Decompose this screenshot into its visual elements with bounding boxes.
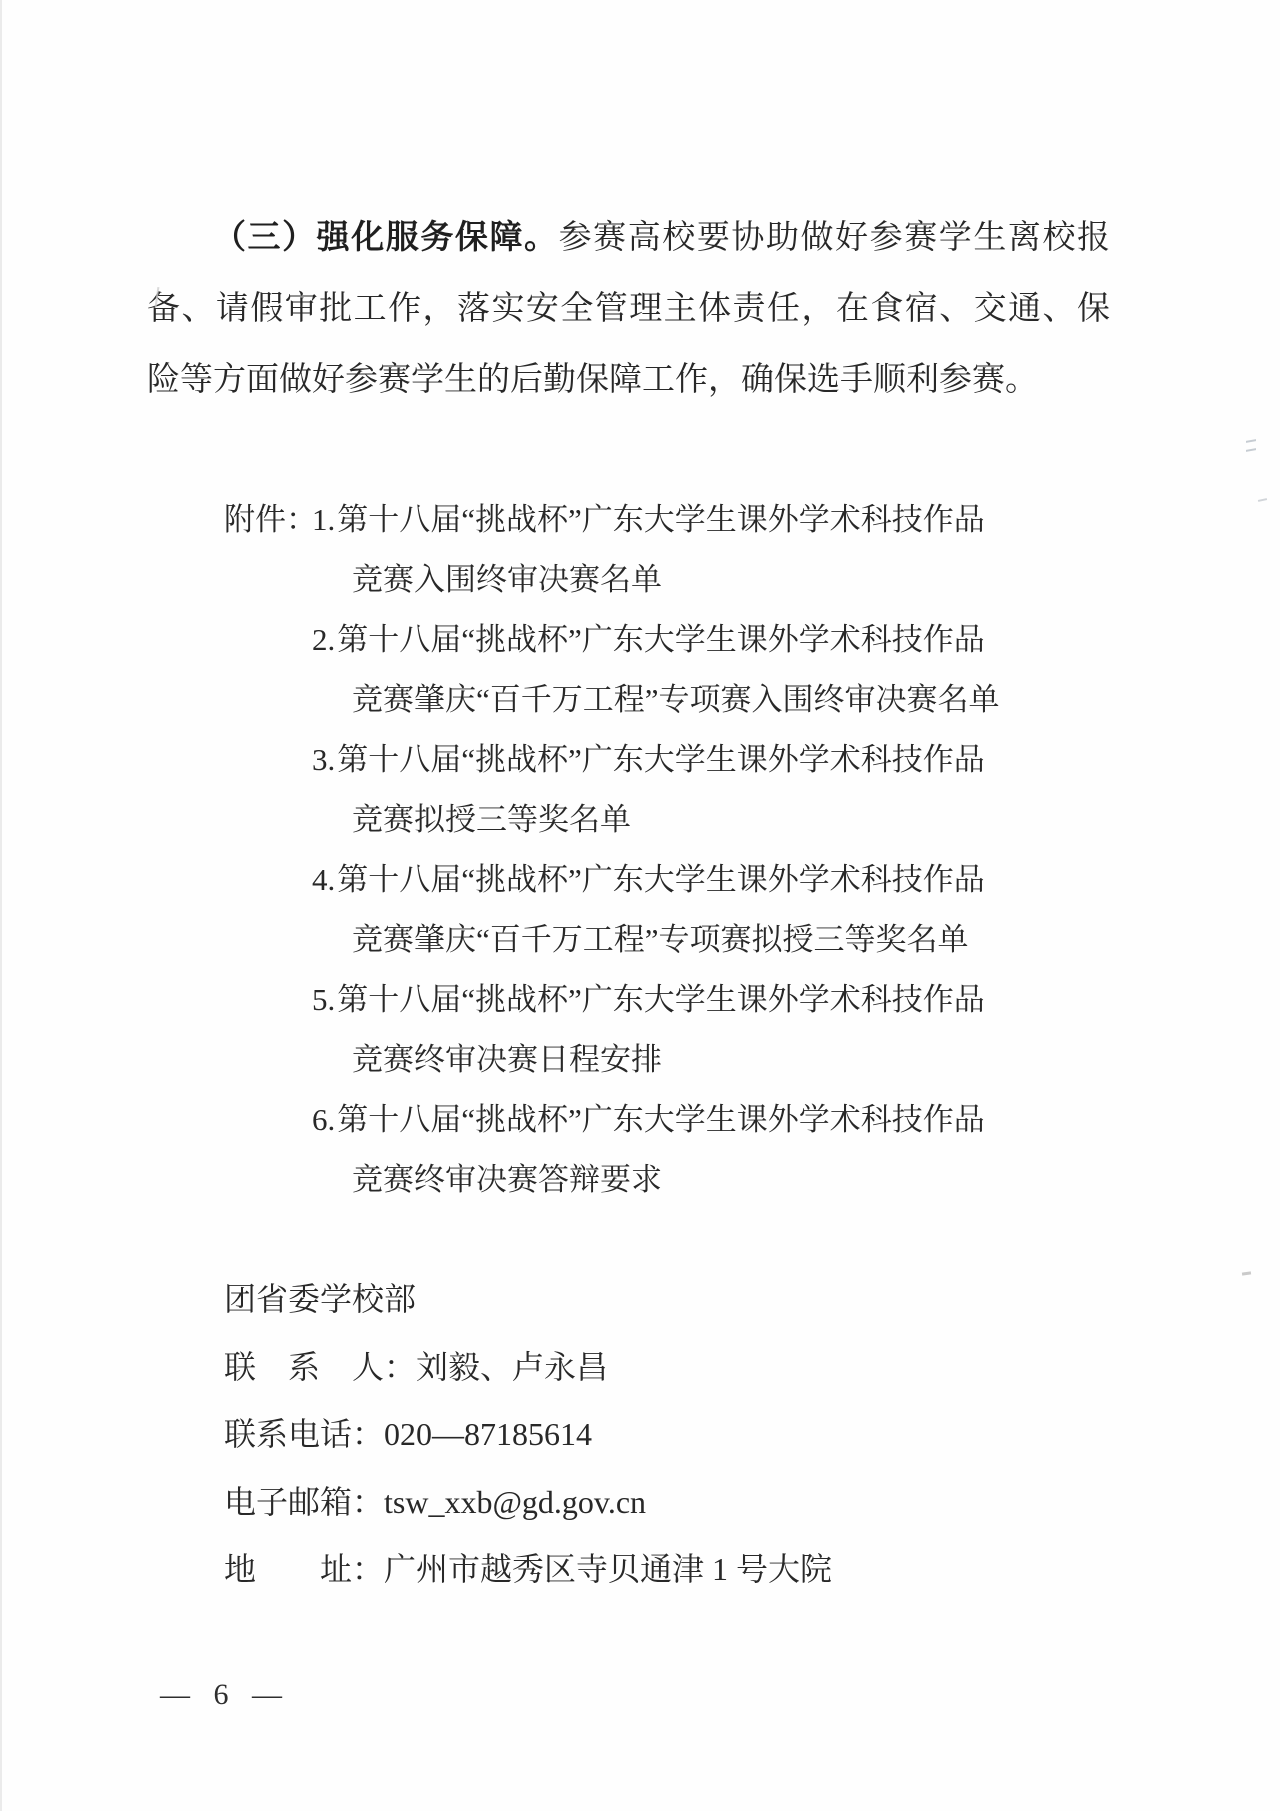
page-number: — 6 —: [160, 1678, 290, 1712]
scan-speck-artifact: [1246, 439, 1256, 452]
attachment-3-title: 第十八届“挑战杯”广东大学生课外学术科技作品: [337, 742, 985, 777]
contact-phone: 联系电话：020—87185614: [224, 1401, 832, 1469]
contact-email: 电子邮箱：tsw_xxb@gd.gov.cn: [224, 1469, 832, 1537]
contact-block: 团省委学校部 联 系 人：刘毅、卢永昌 联系电话：020—87185614 电子…: [224, 1266, 832, 1604]
attachments-label: 附件：: [224, 490, 317, 550]
attachment-2-title: 第十八届“挑战杯”广东大学生课外学术科技作品: [337, 622, 985, 657]
attachment-3-number: 3.: [312, 730, 335, 790]
attachment-5-number: 5.: [312, 970, 335, 1030]
attachment-5-line-1: 5.第十八届“挑战杯”广东大学生课外学术科技作品: [312, 970, 1052, 1030]
attachment-2-line-2: 竞赛肇庆“百千万工程”专项赛入围终审决赛名单: [352, 670, 1052, 730]
attachment-3-line-2: 竞赛拟授三等奖名单: [352, 790, 1052, 850]
paragraph-line-1-text: 参赛高校要协助做好参赛学生离校报: [559, 220, 1110, 256]
scan-speck-artifact: [1242, 1271, 1251, 1275]
contact-address: 地 址：广州市越秀区寺贝通津 1 号大院: [224, 1536, 832, 1604]
attachment-6-number: 6.: [312, 1090, 335, 1150]
attachment-4-number: 4.: [312, 850, 335, 910]
attachment-1-number: 1.: [312, 490, 335, 550]
attachment-6-title: 第十八届“挑战杯”广东大学生课外学术科技作品: [337, 1102, 985, 1137]
attachment-1-line-1: 1.第十八届“挑战杯”广东大学生课外学术科技作品: [312, 490, 1052, 550]
attachment-5-line-2: 竞赛终审决赛日程安排: [352, 1030, 1052, 1090]
attachment-item-5: 5.第十八届“挑战杯”广东大学生课外学术科技作品 竞赛终审决赛日程安排: [312, 970, 1052, 1090]
section-3-paragraph: （三）强化服务保障。参赛高校要协助做好参赛学生离校报 备、请假审批工作，落实安全…: [147, 203, 1110, 416]
section-3-heading: （三）强化服务保障。: [213, 220, 559, 256]
scan-edge-artifact: [0, 0, 2, 1811]
contact-department: 团省委学校部: [224, 1266, 832, 1334]
attachment-item-6: 6.第十八届“挑战杯”广东大学生课外学术科技作品 竞赛终审决赛答辩要求: [312, 1090, 1052, 1210]
attachment-2-number: 2.: [312, 610, 335, 670]
paragraph-line-1: （三）强化服务保障。参赛高校要协助做好参赛学生离校报: [147, 203, 1110, 274]
attachment-6-line-1: 6.第十八届“挑战杯”广东大学生课外学术科技作品: [312, 1090, 1052, 1150]
attachment-4-title: 第十八届“挑战杯”广东大学生课外学术科技作品: [337, 862, 985, 897]
contact-person: 联 系 人：刘毅、卢永昌: [224, 1334, 832, 1402]
attachment-item-3: 3.第十八届“挑战杯”广东大学生课外学术科技作品 竞赛拟授三等奖名单: [312, 730, 1052, 850]
attachment-item-2: 2.第十八届“挑战杯”广东大学生课外学术科技作品 竞赛肇庆“百千万工程”专项赛入…: [312, 610, 1052, 730]
attachments-list: 1.第十八届“挑战杯”广东大学生课外学术科技作品 竞赛入围终审决赛名单 2.第十…: [312, 490, 1052, 1210]
scan-speck-artifact: [1258, 498, 1267, 502]
attachment-item-1: 1.第十八届“挑战杯”广东大学生课外学术科技作品 竞赛入围终审决赛名单: [312, 490, 1052, 610]
attachment-3-line-1: 3.第十八届“挑战杯”广东大学生课外学术科技作品: [312, 730, 1052, 790]
attachment-4-line-1: 4.第十八届“挑战杯”广东大学生课外学术科技作品: [312, 850, 1052, 910]
attachment-1-title: 第十八届“挑战杯”广东大学生课外学术科技作品: [337, 502, 985, 537]
attachment-2-line-1: 2.第十八届“挑战杯”广东大学生课外学术科技作品: [312, 610, 1052, 670]
attachment-1-line-2: 竞赛入围终审决赛名单: [352, 550, 1052, 610]
paragraph-line-2: 备、请假审批工作，落实安全管理主体责任，在食宿、交通、保: [147, 274, 1110, 345]
attachment-5-title: 第十八届“挑战杯”广东大学生课外学术科技作品: [337, 982, 985, 1017]
paragraph-line-3: 险等方面做好参赛学生的后勤保障工作，确保选手顺利参赛。: [147, 345, 1110, 416]
scanned-document-page: （三）强化服务保障。参赛高校要协助做好参赛学生离校报 备、请假审批工作，落实安全…: [0, 0, 1280, 1811]
attachment-6-line-2: 竞赛终审决赛答辩要求: [352, 1150, 1052, 1210]
attachment-4-line-2: 竞赛肇庆“百千万工程”专项赛拟授三等奖名单: [352, 910, 1052, 970]
attachment-item-4: 4.第十八届“挑战杯”广东大学生课外学术科技作品 竞赛肇庆“百千万工程”专项赛拟…: [312, 850, 1052, 970]
